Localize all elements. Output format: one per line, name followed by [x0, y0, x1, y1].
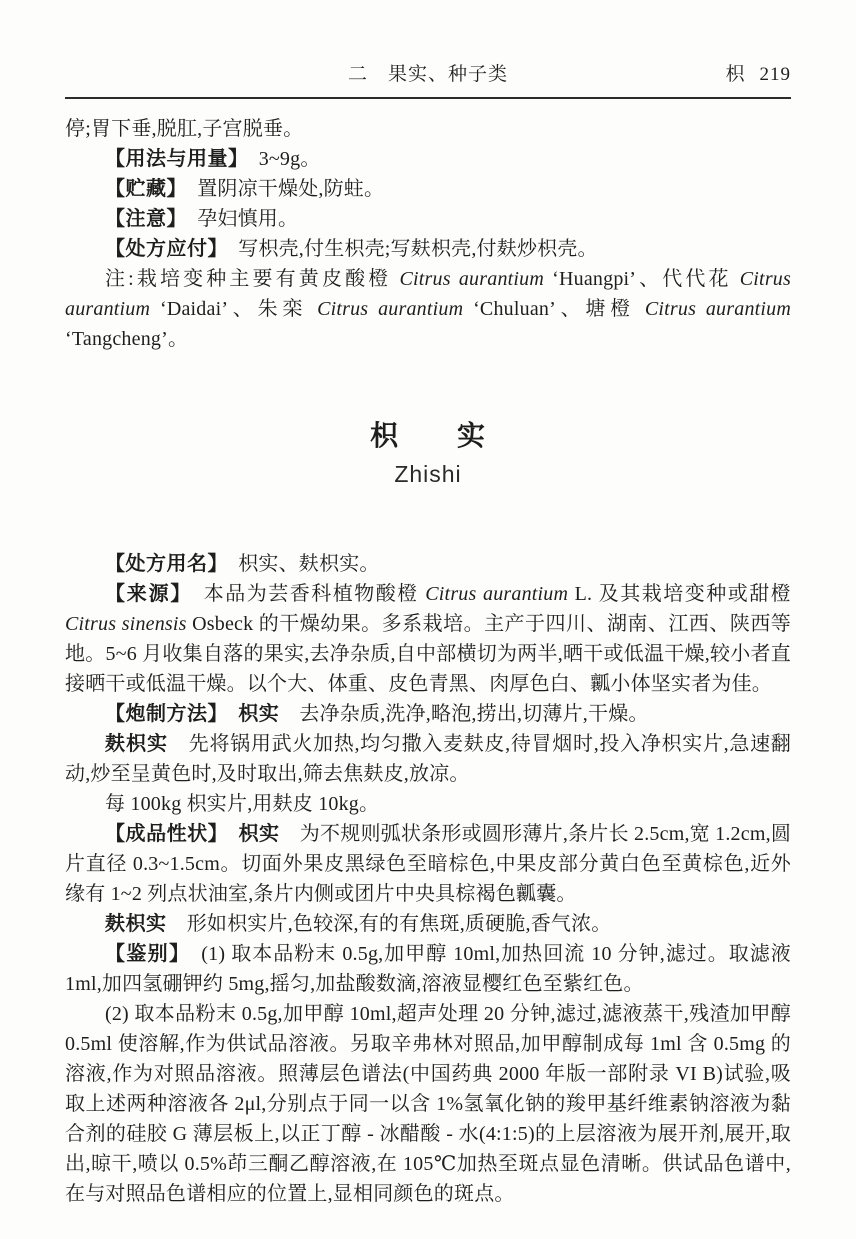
text-run	[218, 823, 238, 845]
paragraph: (2) 取本品粉末 0.5g,加甲醇 10ml,超声处理 20 分钟,滤过,滤液…	[65, 999, 791, 1209]
latin-name-italic-run: Citrus aurantium	[317, 298, 463, 320]
paragraph: 【用法与用量】 3~9g。	[65, 144, 791, 174]
text-run: 去净杂质,洗净,略泡,捞出,切薄片,干燥。	[279, 703, 648, 725]
text-run: ‘Chuluan’、塘橙	[463, 298, 645, 320]
bold-heading-run: 【注意】	[105, 208, 177, 230]
bold-heading-run: 麸枳实	[105, 913, 167, 935]
page-header: 二 果实、种子类 枳 219	[65, 63, 791, 86]
running-head-section: 二 果实、种子类	[348, 63, 508, 86]
paragraph: 麸枳实 形如枳实片,色较深,有的有焦斑,质硬脆,香气浓。	[65, 909, 791, 939]
bold-heading-run: 枳实	[238, 703, 279, 725]
text-run: 停;胃下垂,脱肛,子宫脱垂。	[65, 118, 303, 140]
latin-name-italic-run: Citrus aurantium	[645, 298, 791, 320]
header-rule	[65, 97, 791, 99]
text-run: ‘Tangcheng’。	[65, 328, 188, 350]
bold-heading-run: 【鉴别】	[105, 943, 180, 965]
bold-heading-run: 【炮制方法】	[105, 703, 218, 725]
article-title: 枳 实	[65, 418, 791, 454]
running-head-entry-word: 枳	[725, 63, 745, 86]
paragraph: 【来源】 本品为芸香科植物酸橙 Citrus aurantium L. 及其栽培…	[65, 579, 791, 699]
latin-name-italic-run: Citrus sinensis	[65, 613, 187, 635]
bold-heading-run: 【来源】	[105, 583, 182, 605]
article-text-block: 【处方用名】 枳实、麸枳实。【来源】 本品为芸香科植物酸橙 Citrus aur…	[65, 549, 791, 1209]
top-text-block: 停;胃下垂,脱肛,子宫脱垂。【用法与用量】 3~9g。【贮藏】 置阴凉干燥处,防…	[65, 114, 791, 354]
text-run: ‘Daidai’、朱栾	[150, 298, 317, 320]
bold-heading-run: 【处方应付】	[105, 238, 218, 260]
text-run: 写枳壳,付生枳壳;写麸枳壳,付麸炒枳壳。	[218, 238, 598, 260]
text-run	[218, 703, 238, 725]
text-run: 置阴凉干燥处,防蛀。	[177, 178, 384, 200]
paragraph: 【炮制方法】 枳实 去净杂质,洗净,略泡,捞出,切薄片,干燥。	[65, 699, 791, 729]
paragraph: 【贮藏】 置阴凉干燥处,防蛀。	[65, 174, 791, 204]
paragraph: 停;胃下垂,脱肛,子宫脱垂。	[65, 114, 791, 144]
paragraph: 【处方应付】 写枳壳,付生枳壳;写麸枳壳,付麸炒枳壳。	[65, 234, 791, 264]
text-run: 先将锅用武火加热,均匀撒入麦麸皮,待冒烟时,投入净枳实片,急速翻动,炒至呈黄色时…	[65, 733, 791, 785]
page-number-area: 枳 219	[725, 63, 791, 86]
text-run: 孕妇慎用。	[177, 208, 298, 230]
text-run: 注:栽培变种主要有黄皮酸橙	[105, 268, 400, 290]
bold-heading-run: 【贮藏】	[105, 178, 177, 200]
text-run: 枳实、麸枳实。	[218, 553, 380, 575]
text-run: 形如枳实片,色较深,有的有焦斑,质硬脆,香气浓。	[167, 913, 612, 935]
latin-name-italic-run: Citrus aurantium	[425, 583, 568, 605]
text-run: ‘Huangpi’、代代花	[544, 268, 740, 290]
paragraph: 【成品性状】 枳实 为不规则弧状条形或圆形薄片,条片长 2.5cm,宽 1.2c…	[65, 819, 791, 909]
bold-heading-run: 【用法与用量】	[105, 148, 239, 170]
paragraph: 【注意】 孕妇慎用。	[65, 204, 791, 234]
paragraph: 【鉴别】 (1) 取本品粉末 0.5g,加甲醇 10ml,加热回流 10 分钟,…	[65, 939, 791, 999]
bold-heading-run: 麸枳实	[105, 733, 168, 755]
paragraph: 【处方用名】 枳实、麸枳实。	[65, 549, 791, 579]
bold-heading-run: 【成品性状】	[105, 823, 218, 845]
text-run: 每 100kg 枳实片,用麸皮 10kg。	[105, 793, 379, 815]
bold-heading-run: 【处方用名】	[105, 553, 218, 575]
text-run: (2) 取本品粉末 0.5g,加甲醇 10ml,超声处理 20 分钟,滤过,滤液…	[65, 1003, 791, 1205]
bold-heading-run: 枳实	[238, 823, 279, 845]
book-page: 二 果实、种子类 枳 219 停;胃下垂,脱肛,子宫脱垂。【用法与用量】 3~9…	[0, 0, 856, 1239]
paragraph: 注:栽培变种主要有黄皮酸橙 Citrus aurantium ‘Huangpi’…	[65, 264, 791, 354]
text-run: L. 及其栽培变种或甜橙	[568, 583, 791, 605]
paragraph: 麸枳实 先将锅用武火加热,均匀撒入麦麸皮,待冒烟时,投入净枳实片,急速翻动,炒至…	[65, 729, 791, 789]
page-number: 219	[760, 63, 792, 86]
text-run: 本品为芸香科植物酸橙	[182, 583, 425, 605]
paragraph: 每 100kg 枳实片,用麸皮 10kg。	[65, 789, 791, 819]
text-run: 3~9g。	[239, 148, 321, 170]
latin-name-italic-run: Citrus aurantium	[400, 268, 545, 290]
article-pinyin: Zhishi	[65, 460, 791, 488]
